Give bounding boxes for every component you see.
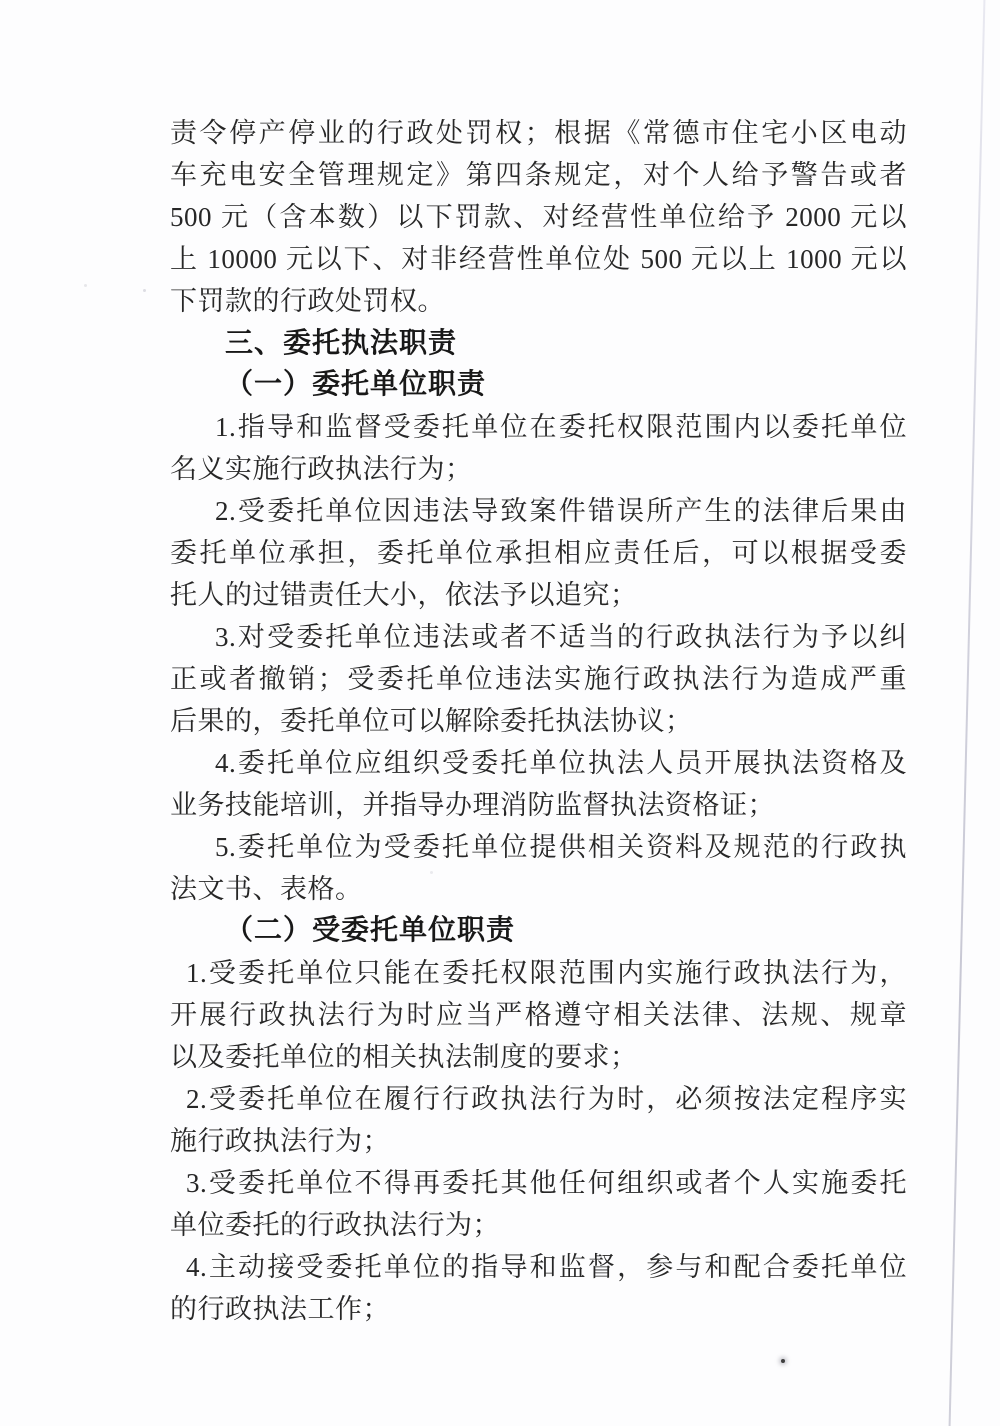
document-body: 责令停产停业的行政处罚权；根据《常德市住宅小区电动车充电安全管理规定》第四条规定…: [170, 112, 907, 1330]
text-line: 5.委托单位为受委托单位提供相关资料及规范的行政执: [170, 826, 907, 868]
text-line: 三、委托执法职责: [170, 322, 907, 364]
text-line: 业务技能培训，并指导办理消防监督执法资格证；: [170, 784, 907, 826]
text-line: 托人的过错责任大小，依法予以追究；: [170, 574, 907, 616]
document-page: 责令停产停业的行政处罚权；根据《常德市住宅小区电动车充电安全管理规定》第四条规定…: [0, 0, 1000, 1426]
text-line: 后果的，委托单位可以解除委托执法协议；: [170, 700, 907, 742]
paragraph: 3.对受委托单位违法或者不适当的行政执法行为予以纠正或者撤销；受委托单位违法实施…: [170, 616, 907, 742]
subsection-heading: （二）受委托单位职责: [170, 910, 907, 952]
text-line: 单位委托的行政执法行为；: [170, 1204, 907, 1246]
paragraph: 2.受委托单位在履行行政执法行为时，必须按法定程序实施行政执法行为；: [170, 1078, 907, 1162]
paragraph: 1.受委托单位只能在委托权限范围内实施行政执法行为，开展行政执法行为时应当严格遵…: [170, 952, 907, 1078]
section-heading: 三、委托执法职责: [170, 322, 907, 364]
text-line: （二）受委托单位职责: [170, 910, 907, 952]
text-line: 2.受委托单位在履行行政执法行为时，必须按法定程序实: [170, 1078, 907, 1120]
text-line: 1.指导和监督受委托单位在委托权限范围内以委托单位: [170, 406, 907, 448]
paragraph: 4.委托单位应组织受委托单位执法人员开展执法资格及业务技能培训，并指导办理消防监…: [170, 742, 907, 826]
text-line: 施行政执法行为；: [170, 1120, 907, 1162]
text-line: 上 10000 元以下、对非经营性单位处 500 元以上 1000 元以: [170, 238, 907, 280]
text-line: 下罚款的行政处罚权。: [170, 280, 907, 322]
scan-speck: [143, 289, 146, 292]
text-line: 委托单位承担，委托单位承担相应责任后，可以根据受委: [170, 532, 907, 574]
text-line: 4.主动接受委托单位的指导和监督，参与和配合委托单位: [170, 1246, 907, 1288]
subsection-heading: （一）委托单位职责: [170, 364, 907, 406]
text-line: 1.受委托单位只能在委托权限范围内实施行政执法行为，: [170, 952, 907, 994]
text-line: 名义实施行政执法行为；: [170, 448, 907, 490]
text-line: 车充电安全管理规定》第四条规定，对个人给予警告或者: [170, 154, 907, 196]
text-line: 3.受委托单位不得再委托其他任何组织或者个人实施委托: [170, 1162, 907, 1204]
scan-speck: [781, 1359, 785, 1363]
text-line: 2.受委托单位因违法导致案件错误所产生的法律后果由: [170, 490, 907, 532]
paragraph: 1.指导和监督受委托单位在委托权限范围内以委托单位名义实施行政执法行为；: [170, 406, 907, 490]
paragraph: 2.受委托单位因违法导致案件错误所产生的法律后果由委托单位承担，委托单位承担相应…: [170, 490, 907, 616]
scan-speck: [84, 284, 87, 287]
text-line: 责令停产停业的行政处罚权；根据《常德市住宅小区电动: [170, 112, 907, 154]
paragraph: 责令停产停业的行政处罚权；根据《常德市住宅小区电动车充电安全管理规定》第四条规定…: [170, 112, 907, 322]
paragraph: 4.主动接受委托单位的指导和监督，参与和配合委托单位的行政执法工作；: [170, 1246, 907, 1330]
text-line: 3.对受委托单位违法或者不适当的行政执法行为予以纠: [170, 616, 907, 658]
text-line: 开展行政执法行为时应当严格遵守相关法律、法规、规章: [170, 994, 907, 1036]
text-line: 法文书、表格。: [170, 868, 907, 910]
text-line: 正或者撤销；受委托单位违法实施行政执法行为造成严重: [170, 658, 907, 700]
text-line: （一）委托单位职责: [170, 364, 907, 406]
paragraph: 5.委托单位为受委托单位提供相关资料及规范的行政执法文书、表格。: [170, 826, 907, 910]
text-line: 以及委托单位的相关执法制度的要求；: [170, 1036, 907, 1078]
text-line: 的行政执法工作；: [170, 1288, 907, 1330]
text-line: 500 元（含本数）以下罚款、对经营性单位给予 2000 元以: [170, 196, 907, 238]
text-line: 4.委托单位应组织受委托单位执法人员开展执法资格及: [170, 742, 907, 784]
page-edge-line: [948, 0, 985, 1426]
paragraph: 3.受委托单位不得再委托其他任何组织或者个人实施委托单位委托的行政执法行为；: [170, 1162, 907, 1246]
